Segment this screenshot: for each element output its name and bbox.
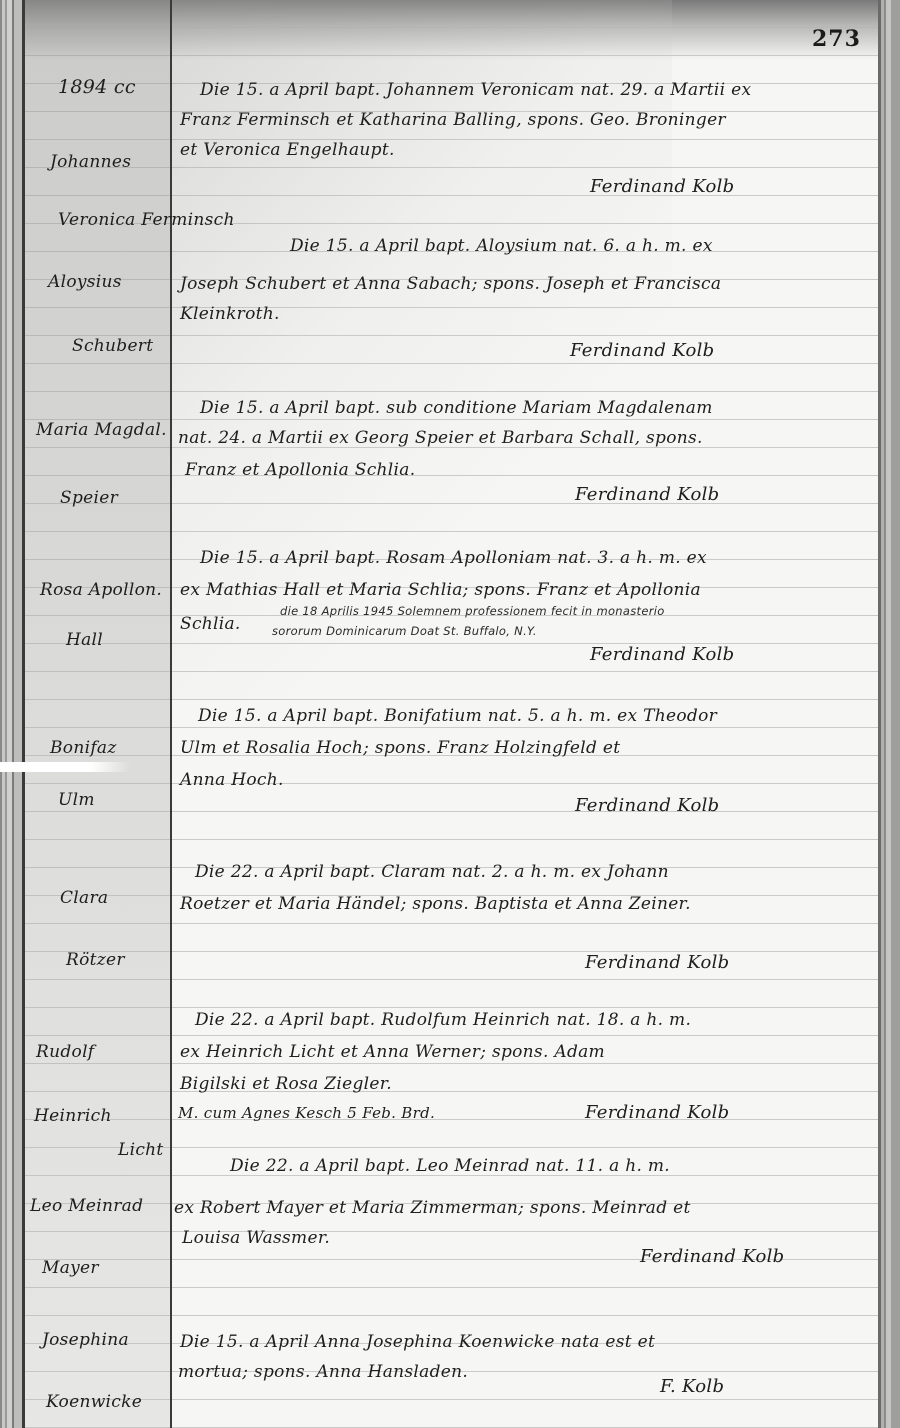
margin-name: Aloysius (48, 272, 122, 292)
entry-line: ex Robert Mayer et Maria Zimmerman; spon… (174, 1198, 691, 1218)
priest-signature: Ferdinand Kolb (570, 340, 714, 361)
entry-line: Die 15. a April bapt. Bonifatium nat. 5.… (198, 706, 717, 726)
marriage-annotation: M. cum Agnes Kesch 5 Feb. Brd. (178, 1104, 435, 1122)
binding-edge (0, 0, 22, 1428)
entry-line: Die 22. a April bapt. Rudolfum Heinrich … (195, 1010, 691, 1030)
margin-name: Ulm (58, 790, 95, 810)
margin-name: Rudolf (36, 1042, 94, 1062)
margin-name: Rosa Apollon. (40, 580, 162, 600)
scan-tear (0, 762, 130, 772)
entry-line: Die 22. a April bapt. Leo Meinrad nat. 1… (230, 1156, 670, 1176)
entry-line: Franz et Apollonia Schlia. (185, 460, 415, 480)
profession-annotation: die 18 Aprilis 1945 Solemnem professione… (280, 604, 665, 618)
margin-name: Johannes (50, 152, 131, 172)
entry-line: Franz Ferminsch et Katharina Balling, sp… (180, 110, 726, 130)
page-edge (881, 0, 900, 1428)
profession-annotation: sororum Dominicarum Doat St. Buffalo, N.… (272, 624, 537, 638)
margin-name: Leo Meinrad (30, 1196, 143, 1216)
entry-line: ex Mathias Hall et Maria Schlia; spons. … (180, 580, 701, 600)
entry-line: Die 15. a April bapt. sub conditione Mar… (200, 398, 713, 418)
entry-line: ex Heinrich Licht et Anna Werner; spons.… (180, 1042, 605, 1062)
entry-line: Anna Hoch. (180, 770, 284, 790)
margin-name: Bonifaz (50, 738, 117, 758)
entry-line: Die 15. a April bapt. Rosam Apolloniam n… (200, 548, 707, 568)
margin-name: Hall (66, 630, 103, 650)
priest-signature: Ferdinand Kolb (590, 176, 734, 197)
entry-line: Die 22. a April bapt. Claram nat. 2. a h… (195, 862, 669, 882)
margin-name: Licht (118, 1140, 164, 1160)
entry-line: Schlia. (180, 614, 241, 634)
entry-line: Die 15. a April bapt. Johannem Veronicam… (200, 80, 751, 100)
margin-name: Schubert (72, 336, 153, 356)
margin-name: Rötzer (66, 950, 125, 970)
entry-line: Roetzer et Maria Händel; spons. Baptista… (180, 894, 691, 914)
entry-line: Die 15. a April Anna Josephina Koenwicke… (180, 1332, 655, 1352)
entry-line: et Veronica Engelhaupt. (180, 140, 395, 160)
priest-signature: Ferdinand Kolb (585, 1102, 729, 1123)
margin-name: Koenwicke (46, 1392, 142, 1412)
priest-signature: Ferdinand Kolb (585, 952, 729, 973)
entry-line: Louisa Wassmer. (182, 1228, 330, 1248)
entry-line: Ulm et Rosalia Hoch; spons. Franz Holzin… (180, 738, 620, 758)
margin-name: Maria Magdal. (36, 420, 167, 440)
priest-signature: F. Kolb (660, 1376, 724, 1397)
page-number: 273 (812, 26, 861, 52)
entry-line: Kleinkroth. (180, 304, 280, 324)
margin-name: Veronica Ferminsch (58, 210, 235, 230)
priest-signature: Ferdinand Kolb (590, 644, 734, 665)
entry-line: Die 15. a April bapt. Aloysium nat. 6. a… (290, 236, 713, 256)
margin-name: Speier (60, 488, 118, 508)
margin-name: Clara (60, 888, 108, 908)
year-heading: 1894 cc (58, 76, 136, 98)
margin-name: Josephina (42, 1330, 129, 1350)
entry-line: Joseph Schubert et Anna Sabach; spons. J… (180, 274, 721, 294)
column-rule-left (22, 0, 25, 1428)
margin-name: Mayer (42, 1258, 99, 1278)
entry-line: Bigilski et Rosa Ziegler. (180, 1074, 392, 1094)
priest-signature: Ferdinand Kolb (640, 1246, 784, 1267)
entry-line: mortua; spons. Anna Hansladen. (178, 1362, 468, 1382)
priest-signature: Ferdinand Kolb (575, 484, 719, 505)
entry-line: nat. 24. a Martii ex Georg Speier et Bar… (178, 428, 703, 448)
margin-name: Heinrich (34, 1106, 112, 1126)
priest-signature: Ferdinand Kolb (575, 795, 719, 816)
